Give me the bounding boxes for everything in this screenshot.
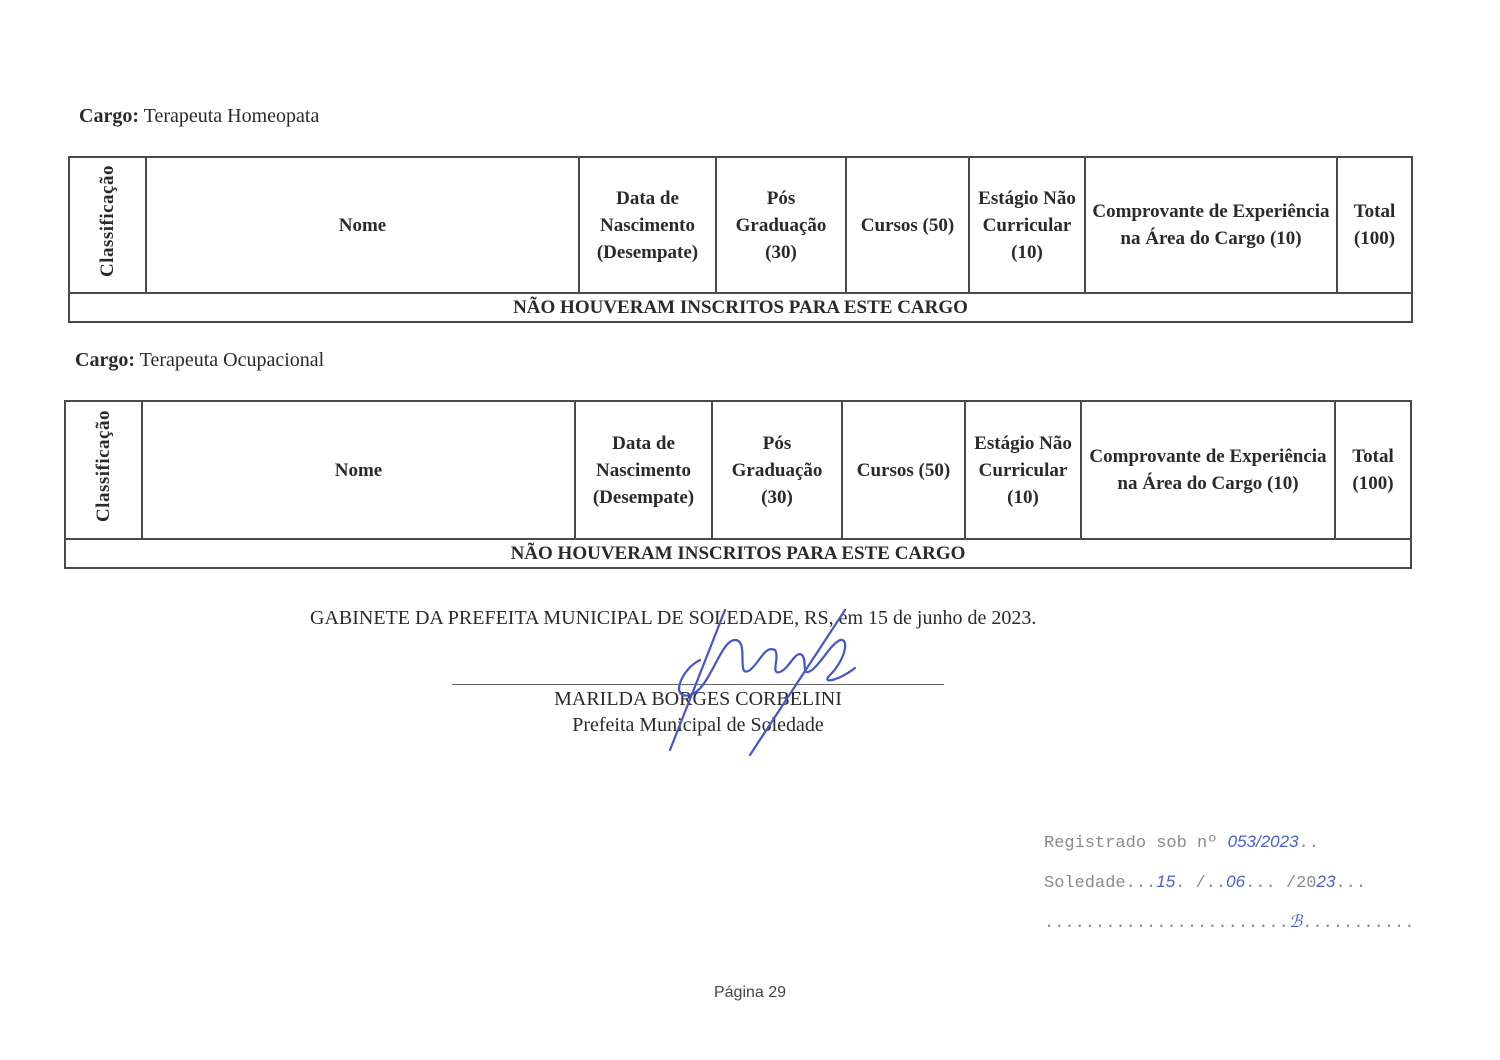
stamp-month: 06: [1226, 872, 1245, 891]
header-total: Total (100): [1337, 157, 1412, 293]
header-estagio: Estágio Não Curricular (10): [969, 157, 1085, 293]
stamp-year-suffix: 23: [1317, 872, 1336, 891]
header-classificacao: Classificação: [69, 157, 146, 293]
signature-line: [452, 684, 944, 685]
header-pos-graduacao: Pós Graduação (30): [712, 401, 842, 539]
cargo-heading-1: Cargo: Terapeuta Homeopata: [79, 105, 319, 128]
cargo-heading-2: Cargo: Terapeuta Ocupacional: [75, 349, 324, 372]
cargo-value: Terapeuta Ocupacional: [140, 349, 325, 371]
stamp-day: 15: [1156, 872, 1175, 891]
registered-label: Registrado sob nº: [1044, 834, 1217, 853]
header-estagio: Estágio Não Curricular (10): [965, 401, 1081, 539]
header-cursos: Cursos (50): [846, 157, 969, 293]
registration-stamp: Registrado sob nº 053/2023..: [1044, 832, 1319, 853]
empty-message: NÃO HOUVERAM INSCRITOS PARA ESTE CARGO: [69, 293, 1412, 322]
cargo-value: Terapeuta Homeopata: [144, 105, 320, 127]
page-number: Página 29: [0, 984, 1500, 1002]
header-experiencia: Comprovante de Experiência na Área do Ca…: [1081, 401, 1335, 539]
stamp-initials: ℬ: [1289, 912, 1302, 931]
header-pos-graduacao: Pós Graduação (30): [716, 157, 846, 293]
header-experiencia: Comprovante de Experiência na Área do Ca…: [1085, 157, 1337, 293]
cargo-label: Cargo:: [75, 349, 135, 371]
header-nascimento: Data de Nascimento (Desempate): [575, 401, 712, 539]
registration-date: Soledade...15. /..06... /2023...: [1044, 872, 1366, 893]
empty-message: NÃO HOUVERAM INSCRITOS PARA ESTE CARGO: [65, 539, 1411, 568]
header-nascimento: Data de Nascimento (Desempate): [579, 157, 716, 293]
signer-name: MARILDA BORGES CORBELINI: [452, 688, 944, 711]
header-cursos: Cursos (50): [842, 401, 965, 539]
header-classificacao: Classificação: [65, 401, 142, 539]
header-total: Total (100): [1335, 401, 1411, 539]
header-nome: Nome: [142, 401, 575, 539]
city-label: Soledade: [1044, 874, 1126, 893]
results-table-2: Classificação Nome Data de Nascimento (D…: [64, 400, 1412, 569]
header-nome: Nome: [146, 157, 579, 293]
stamp-year-prefix: /20: [1286, 874, 1317, 893]
cargo-label: Cargo:: [79, 105, 139, 127]
registered-number: 053/2023: [1228, 832, 1299, 851]
stamp-signature-line: ........................ℬ...........: [1044, 912, 1414, 933]
signer-title: Prefeita Municipal de Soledade: [452, 714, 944, 737]
results-table-1: Classificação Nome Data de Nascimento (D…: [68, 156, 1413, 323]
place-date-line: GABINETE DA PREFEITA MUNICIPAL DE SOLEDA…: [310, 607, 1036, 630]
